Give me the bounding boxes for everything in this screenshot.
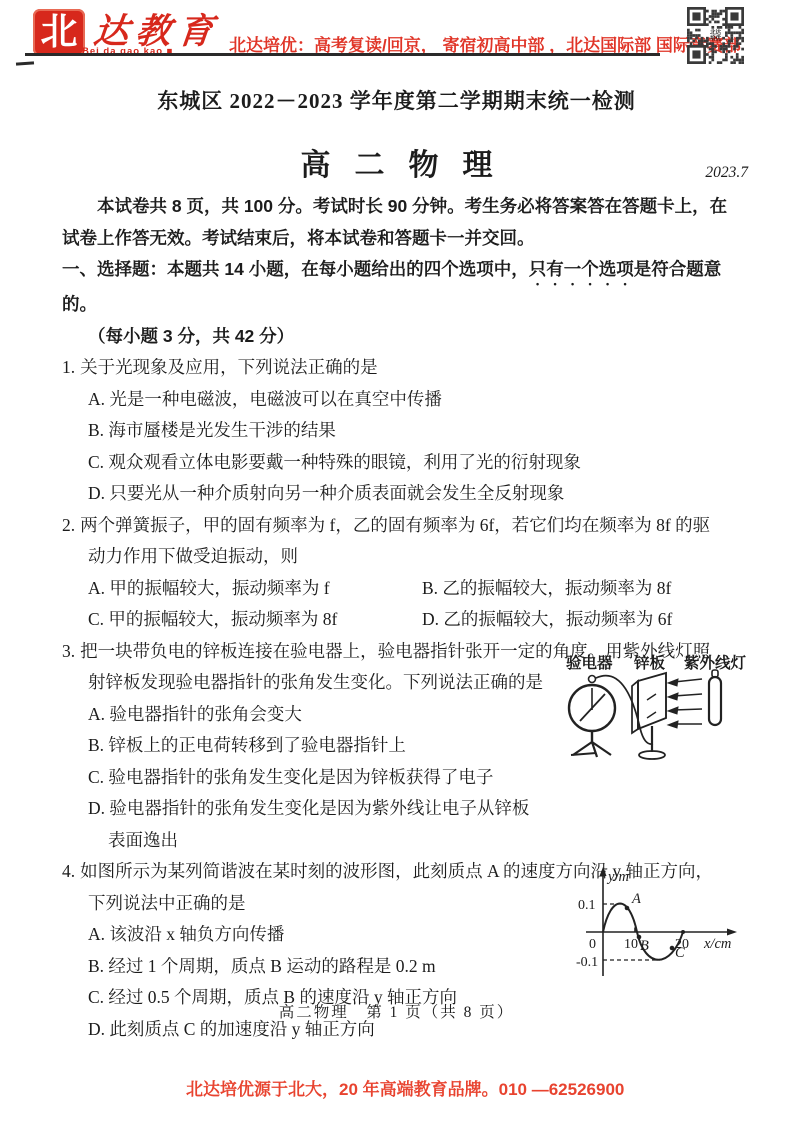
scan-mark bbox=[16, 61, 34, 65]
question-2-options-row2: C. 甲的振幅较大，振动频率为 8fD. 乙的振幅较大，振动频率为 6f bbox=[62, 604, 744, 636]
question-1-number: 1. bbox=[62, 357, 75, 377]
wave-axis-crossing-dot bbox=[681, 930, 685, 934]
uv-lamp-label: 紫外线灯 bbox=[684, 653, 747, 672]
question-1: 1.关于光现象及应用，下列说法正确的是 A. 光是一种电磁波，电磁波可以在真空中… bbox=[62, 352, 744, 510]
section1-score-note: （每小题 3 分，共 42 分） bbox=[62, 321, 744, 353]
y-max-tick: 0.1 bbox=[578, 898, 596, 913]
exam-title: 东城区 2022－2023 学年度第二学期期末统一检测 bbox=[0, 85, 793, 115]
brand-seal-logo: 北 bbox=[33, 9, 85, 56]
x-tick-10: 10 bbox=[624, 937, 638, 952]
question-2-text-line1: 两个弹簧振子，甲的固有频率为 f，乙的固有频率为 6f，若它们均在频率为 8f … bbox=[80, 515, 710, 535]
question-1-option-a: A. 光是一种电磁波，电磁波可以在真空中传播 bbox=[62, 384, 744, 416]
page-number-footer: 高二物理 第 1 页（共 8 页） bbox=[0, 1000, 793, 1022]
zinc-plate-label: 锌板 bbox=[633, 653, 666, 672]
electroscope-drawing bbox=[569, 676, 615, 758]
electroscope-label: 验电器 bbox=[566, 653, 613, 672]
uv-lamp-drawing bbox=[709, 670, 721, 725]
y-min-tick: -0.1 bbox=[576, 955, 598, 970]
question-2-option-d: D. 乙的振幅较大，振动频率为 6f bbox=[422, 604, 672, 636]
question-1-stem: 1.关于光现象及应用，下列说法正确的是 bbox=[62, 352, 744, 384]
svg-text:北达: 北达 bbox=[710, 28, 722, 36]
question-2-option-b: B. 乙的振幅较大，振动频率为 8f bbox=[422, 573, 671, 605]
uv-rays-arrows bbox=[668, 679, 702, 728]
point-a-dot bbox=[625, 906, 630, 911]
question-3-text-line2: 射锌板发现验电器指针的张角发生变化。下列说法正确的是 bbox=[88, 672, 543, 692]
wave-graph-figure: y/m x/cm 0.1 -0.1 0 10 20 A B C bbox=[576, 862, 792, 1012]
question-3-option-d: D. 验电器指针的张角发生变化是因为紫外线让电子从锌板 bbox=[62, 793, 744, 825]
header-divider bbox=[25, 53, 660, 56]
question-2-option-a: A. 甲的振幅较大，振动频率为 f bbox=[88, 573, 422, 605]
question-2-options-row1: A. 甲的振幅较大，振动频率为 fB. 乙的振幅较大，振动频率为 8f bbox=[62, 573, 744, 605]
question-4-text-line2: 下列说法中正确的是 bbox=[88, 893, 246, 913]
question-3-number: 3. bbox=[62, 641, 75, 661]
question-2: 2.两个弹簧振子，甲的固有频率为 f，乙的固有频率为 6f，若它们均在频率为 8… bbox=[62, 510, 744, 636]
exam-page: 北 达教育 Bei da gao kao ■ 北达培优：高考复读/回京， 寄宿初… bbox=[0, 0, 793, 1123]
point-b-label: B bbox=[640, 938, 649, 954]
question-3-option-d-cont: 表面逸出 bbox=[62, 825, 744, 857]
y-axis-label: y/m bbox=[606, 869, 629, 885]
svg-text:培优: 培优 bbox=[710, 34, 722, 42]
brand-footer-line: 北达培优源于北大，20 年高端教育品牌。010 —62526900 bbox=[186, 1075, 624, 1100]
section1-heading: 一、选择题：本题共 14 小题，在每小题给出的四个选项中，只有一个选项是符合题意… bbox=[62, 254, 744, 321]
question-1-option-d: D. 只要光从一种介质射向另一种介质表面就会发生全反射现象 bbox=[62, 478, 744, 510]
exam-instructions: 本试卷共 8 页，共 100 分。考试时长 90 分钟。考生务必将答案答在答题卡… bbox=[62, 191, 744, 254]
subject-title: 高二物理 bbox=[0, 140, 793, 184]
question-1-option-c: C. 观众观看立体电影要戴一种特殊的眼镜，利用了光的衍射现象 bbox=[62, 447, 744, 479]
question-2-text-line2: 动力作用下做受迫振动，则 bbox=[88, 546, 298, 566]
connecting-wire bbox=[596, 676, 653, 745]
question-1-option-b: B. 海市蜃楼是光发生干涉的结果 bbox=[62, 415, 744, 447]
point-c-label: C bbox=[675, 945, 685, 961]
question-1-text: 关于光现象及应用，下列说法正确的是 bbox=[80, 357, 378, 377]
question-2-option-c: C. 甲的振幅较大，振动频率为 8f bbox=[88, 604, 422, 636]
question-2-stem: 2.两个弹簧振子，甲的固有频率为 f，乙的固有频率为 6f，若它们均在频率为 8… bbox=[62, 510, 744, 573]
origin-tick: 0 bbox=[589, 937, 596, 952]
photoelectric-experiment-figure: 验电器 锌板 紫外线灯 bbox=[562, 652, 752, 787]
section1-heading-emphasis: 只有一个选项 bbox=[529, 259, 634, 279]
section1-heading-pre: 一、选择题：本题共 14 小题，在每小题给出的四个选项中， bbox=[62, 259, 529, 279]
question-4-number: 4. bbox=[62, 861, 75, 881]
x-axis-label: x/cm bbox=[703, 936, 731, 952]
point-c-dot bbox=[670, 946, 675, 951]
qr-code: 北达培优 bbox=[687, 7, 744, 64]
point-a-label: A bbox=[631, 891, 641, 907]
zinc-plate-drawing bbox=[632, 673, 666, 759]
exam-date: 2023.7 bbox=[705, 164, 748, 182]
question-2-number: 2. bbox=[62, 515, 75, 535]
